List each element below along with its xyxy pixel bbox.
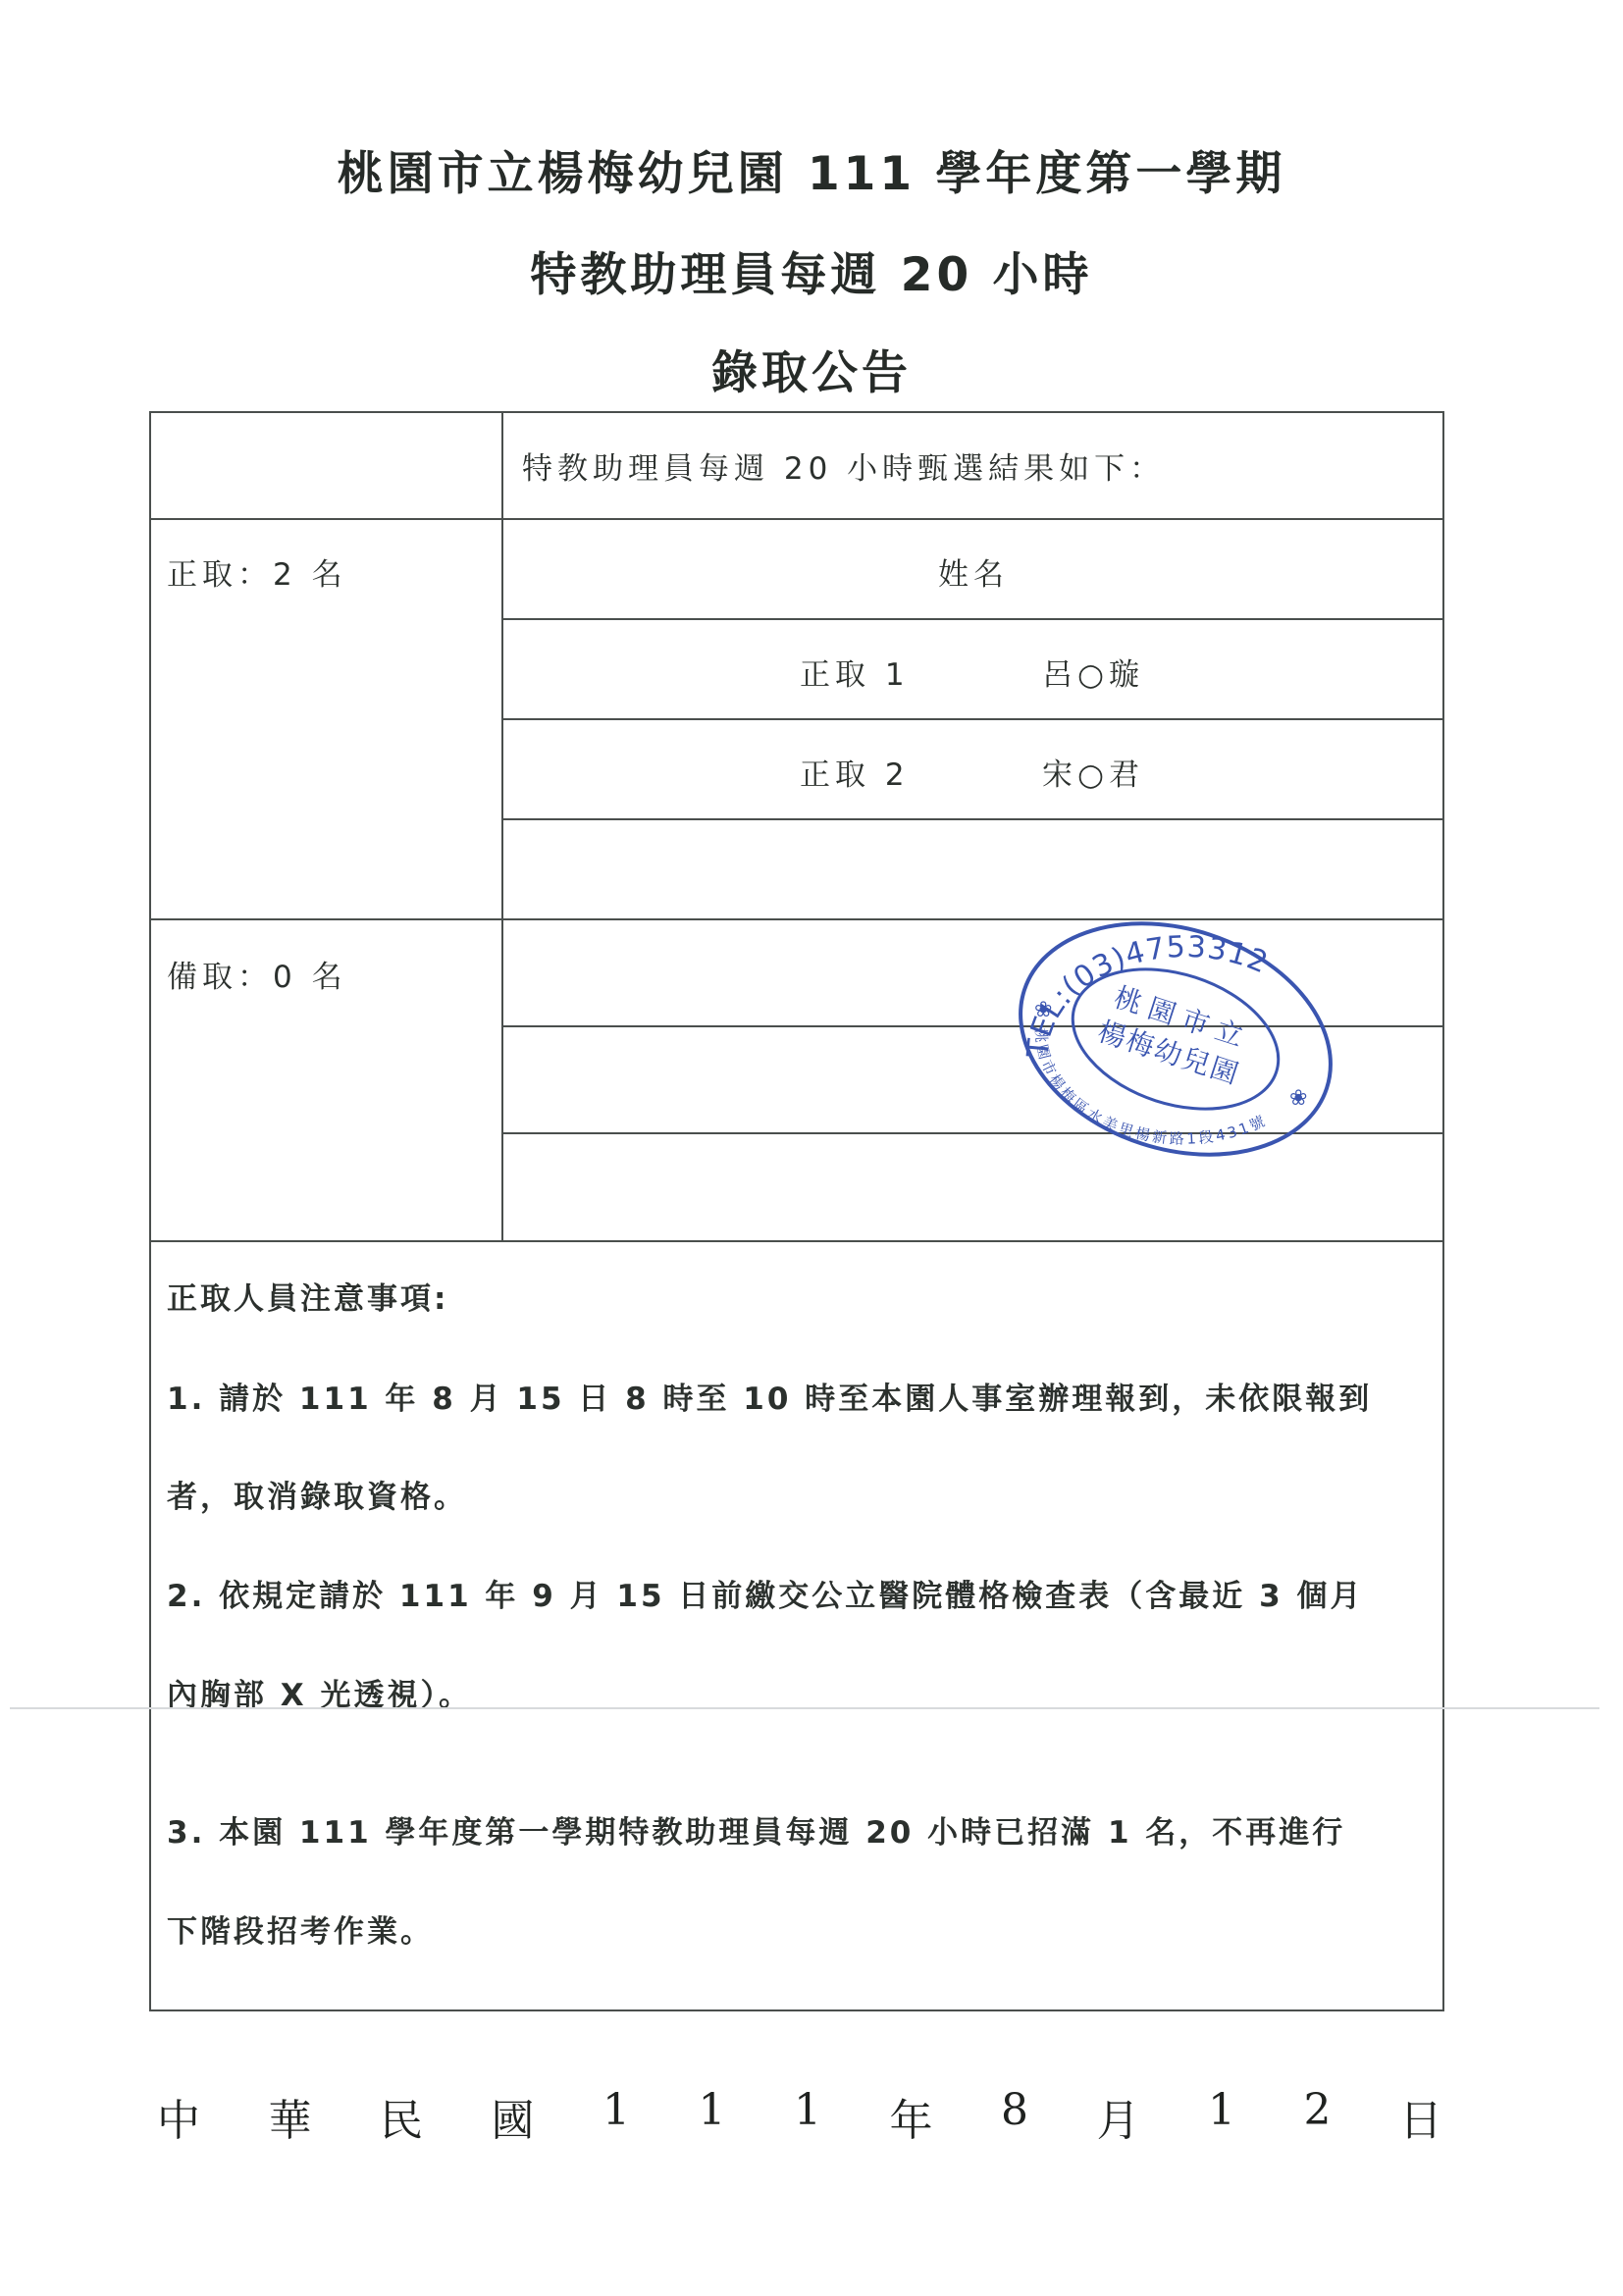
table-border-left <box>149 411 151 2011</box>
table-border-top <box>149 411 1444 413</box>
seal-icon: TEL:(03)4753312 桃園市楊梅區水美里楊新路1段431號 桃園市立 … <box>1009 911 1342 1168</box>
row-divider <box>502 618 1444 620</box>
date-char: 1 <box>699 2085 726 2148</box>
date-char: 中 <box>157 2085 200 2148</box>
plum-blossom-icon: ❀ <box>1034 998 1052 1022</box>
issue-date: 中 華 民 國 1 1 1 年 8 月 1 2 日 <box>157 2085 1442 2148</box>
document-subtitle: 特教助理員每週 20 小時 <box>0 238 1623 304</box>
row-divider <box>502 718 1444 720</box>
row-divider <box>149 1240 1444 1242</box>
notes-heading: 正取人員注意事項: <box>167 1274 448 1318</box>
row-divider <box>149 518 1444 520</box>
row-divider <box>502 818 1444 820</box>
table-border-right <box>1442 411 1444 2011</box>
note-line: 3. 本園 111 學年度第一學期特教助理員每週 20 小時已招滿 1 名，不再… <box>167 1807 1345 1852</box>
waitlist-count-label: 備取：0 名 <box>167 952 347 996</box>
admitted-name: 呂○璇 <box>1042 650 1144 694</box>
date-char: 民 <box>380 2085 423 2148</box>
plum-blossom-icon: ❀ <box>1289 1086 1307 1111</box>
note-line: 2. 依規定請於 111 年 9 月 15 日前繳交公立醫院體格檢查表（含最近 … <box>167 1571 1363 1615</box>
date-char: 國 <box>492 2085 535 2148</box>
admitted-name: 宋○君 <box>1042 750 1144 794</box>
date-char: 1 <box>794 2085 821 2148</box>
official-seal-stamp: TEL:(03)4753312 桃園市楊梅區水美里楊新路1段431號 桃園市立 … <box>1009 911 1342 1168</box>
date-char: 2 <box>1304 2085 1332 2148</box>
document-title: 桃園市立楊梅幼兒園 111 學年度第一學期 <box>0 137 1623 203</box>
admitted-rank: 正取 1 <box>800 650 910 694</box>
note-line: 下階段招考作業。 <box>167 1906 434 1951</box>
date-char: 1 <box>602 2085 630 2148</box>
date-char: 華 <box>269 2085 312 2148</box>
note-line: 1. 請於 111 年 8 月 15 日 8 時至 10 時至本園人事室辦理報到… <box>167 1374 1372 1418</box>
note-line: 者，取消錄取資格。 <box>167 1472 467 1516</box>
announcement-heading: 錄取公告 <box>0 337 1623 402</box>
admitted-count-label: 正取：2 名 <box>167 549 347 594</box>
date-char: 日 <box>1399 2085 1442 2148</box>
table-border-bottom <box>149 2009 1444 2011</box>
date-char: 年 <box>890 2085 933 2148</box>
admitted-rank: 正取 2 <box>800 750 910 794</box>
name-column-header: 姓名 <box>938 549 1009 594</box>
scan-artifact-line <box>10 1707 1599 1709</box>
date-char: 月 <box>1097 2085 1140 2148</box>
results-intro: 特教助理員每週 20 小時甄選結果如下： <box>522 444 1165 488</box>
date-char: 1 <box>1208 2085 1235 2148</box>
date-char: 8 <box>1001 2085 1028 2148</box>
column-divider <box>501 411 503 1241</box>
